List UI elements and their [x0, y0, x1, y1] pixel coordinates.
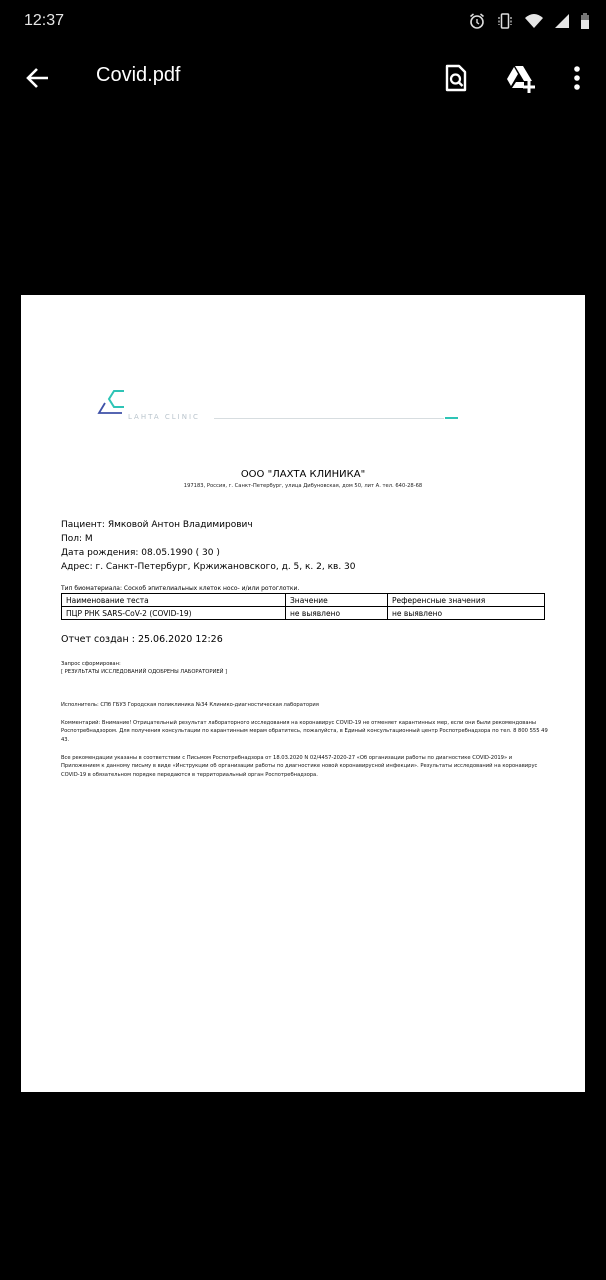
request-status: [ РЕЗУЛЬТАТЫ ИССЛЕДОВАНИЙ ОДОБРЕНЫ ЛАБОР…: [61, 668, 551, 676]
alarm-icon: [468, 12, 486, 34]
status-bar: 12:37: [0, 0, 606, 46]
patient-dob: Дата рождения: 08.05.1990 ( 30 ): [61, 546, 356, 560]
signal-icon: [554, 12, 570, 34]
header-divider: [214, 418, 444, 419]
pdf-page[interactable]: LAHTA CLINIC ООО "ЛАХТА КЛИНИКА" 197183,…: [21, 295, 585, 1092]
document-title: Covid.pdf: [96, 64, 181, 87]
add-to-drive-icon[interactable]: [503, 62, 535, 94]
patient-name: Пациент: Ямковой Антон Владимирович: [61, 518, 356, 532]
vibrate-icon: [496, 12, 514, 34]
cell-test-name: ПЦР РНК SARS-CoV-2 (COVID-19): [62, 607, 286, 620]
header-accent: [445, 417, 458, 419]
app-bar: Covid.pdf: [0, 50, 606, 106]
table-header-row: Наименование теста Значение Референсные …: [62, 594, 545, 607]
more-vert-icon[interactable]: [561, 62, 593, 94]
status-icons: [468, 12, 590, 34]
biomaterial-type: Тип биоматериала: Соскоб эпителиальных к…: [61, 585, 299, 592]
results-table: Наименование теста Значение Референсные …: [61, 593, 545, 620]
header-value: Значение: [286, 594, 388, 607]
find-in-document-icon[interactable]: [440, 62, 472, 94]
recommendations: Все рекомендации указаны в соответствии …: [61, 754, 551, 779]
battery-icon: [580, 12, 590, 34]
executor: Исполнитель: СПб ГБУЗ Городская поликлин…: [61, 701, 551, 709]
header-reference: Референсные значения: [388, 594, 545, 607]
patient-info: Пациент: Ямковой Антон Владимирович Пол:…: [61, 518, 356, 574]
report-created: Отчет создан : 25.06.2020 12:26: [61, 634, 223, 645]
clinic-logo-text: LAHTA CLINIC: [128, 413, 200, 421]
cell-value: не выявлено: [286, 607, 388, 620]
patient-sex: Пол: М: [61, 532, 356, 546]
wifi-icon: [524, 12, 544, 34]
clock: 12:37: [24, 12, 64, 30]
comment: Комментарий: Внимание! Отрицательный рез…: [61, 719, 551, 744]
table-row: ПЦР РНК SARS-CoV-2 (COVID-19) не выявлен…: [62, 607, 545, 620]
patient-address: Адрес: г. Санкт-Петербург, Кржижановског…: [61, 560, 356, 574]
cell-reference: не выявлено: [388, 607, 545, 620]
header-test-name: Наименование теста: [62, 594, 286, 607]
org-address: 197183, Россия, г. Санкт-Петербург, улиц…: [21, 483, 585, 489]
org-name: ООО "ЛАХТА КЛИНИКА": [21, 469, 585, 480]
arrow-left-icon[interactable]: [24, 64, 52, 92]
